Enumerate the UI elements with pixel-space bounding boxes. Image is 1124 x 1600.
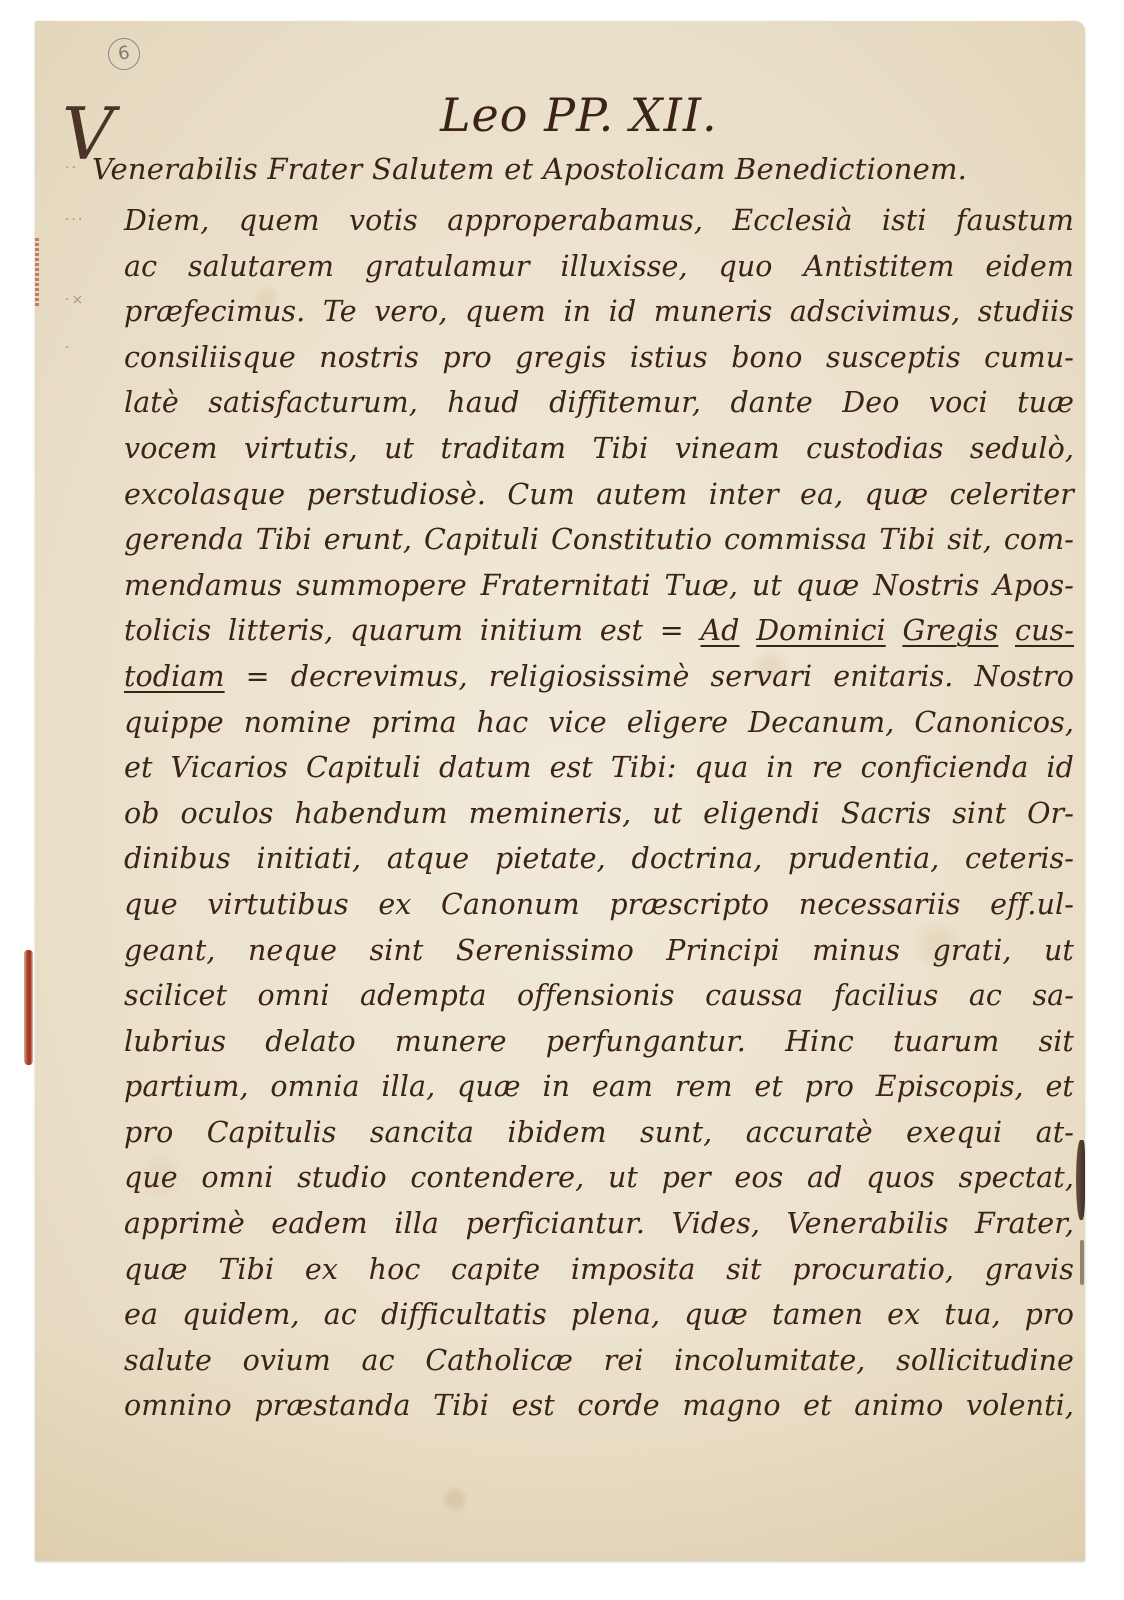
salutation-line: Venerabilis Frater Salutem et Apostolica… xyxy=(92,152,1082,186)
text-line: ac salutarem gratulamur illuxisse, quo A… xyxy=(124,244,1074,290)
text-line: latè satisfacturum, haud diffitemur, da… xyxy=(124,380,1074,426)
margin-mark: · xyxy=(65,340,71,356)
margin-mark: ·× xyxy=(65,292,85,308)
text-line: præfecimus. Te vero, quem in id muneris … xyxy=(124,289,1074,335)
ink-bleed-right-edge xyxy=(1076,1140,1085,1220)
margin-mark: ··· xyxy=(65,212,84,228)
underlined-phrase: Ad xyxy=(700,614,739,647)
text-line: quippe nomine prima hac vice eligere Dec… xyxy=(124,700,1074,746)
text-line-with-underline: todiam = decrevimus, religiosissimè ser… xyxy=(124,654,1074,700)
text-line: gerenda Tibi erunt, Capituli Constitutio… xyxy=(124,517,1074,563)
text-line: consiliisque nostris pro gregis istius b… xyxy=(124,335,1074,381)
text-line: mendamus summopere Fraternitati Tuæ, ut … xyxy=(124,563,1074,609)
letter-body: Diem, quem votis approperabamus, Ecclesi… xyxy=(124,198,1074,1429)
text-line: ea quidem, ac difficultatis plena, quæ t… xyxy=(124,1292,1074,1338)
text-line: vocem virtutis, ut traditam Tibi vineam … xyxy=(124,426,1074,472)
text-line: scilicet omni adempta offensionis caussa… xyxy=(124,973,1074,1019)
text-line: excolasque perstudiosè. Cum autem inter… xyxy=(124,472,1074,518)
document-title: Leo PP. XII. xyxy=(440,88,718,142)
ink-bleed-right-edge-lower xyxy=(1080,1240,1084,1285)
text-line: dinibus initiati, atque pietate, doctrin… xyxy=(124,836,1074,882)
text-line: quæ Tibi ex hoc capite imposita sit proc… xyxy=(124,1247,1074,1293)
text-line: ob oculos habendum memineris, ut eligend… xyxy=(124,791,1074,837)
text-line: omnino præstanda Tibi est corde magno et… xyxy=(124,1383,1074,1429)
text-line: pro Capitulis sancita ibidem sunt, accur… xyxy=(124,1110,1074,1156)
underlined-phrase: cus- xyxy=(1015,614,1074,647)
text-line: lubrius delato munere perfungantur. Hinc… xyxy=(124,1019,1074,1065)
underlined-phrase: todiam xyxy=(124,660,225,693)
text-line: et Vicarios Capituli datum est Tibi: qua… xyxy=(124,745,1074,791)
underlined-phrase: Gregis xyxy=(902,614,998,647)
text-line: que virtutibus ex Canonum præscripto nec… xyxy=(124,882,1074,928)
underlined-phrase: Dominici xyxy=(756,614,886,647)
text-line: salute ovium ac Catholicæ rei incolumita… xyxy=(124,1338,1074,1384)
text-line: apprimè eadem illa perficiantur. Vides,… xyxy=(124,1201,1074,1247)
text-line-with-underline: tolicis litteris, quarum initium est = A… xyxy=(124,608,1074,654)
text-line: geant, neque sint Serenissimo Principi m… xyxy=(124,928,1074,974)
seal-trace-upper xyxy=(35,238,39,308)
red-seal-remnant xyxy=(24,950,33,1065)
text-line: Diem, quem votis approperabamus, Ecclesi… xyxy=(124,198,1074,244)
text-line: partium, omnia illa, quæ in eam rem et p… xyxy=(124,1064,1074,1110)
text-line: que omni studio contendere, ut per eos a… xyxy=(124,1155,1074,1201)
